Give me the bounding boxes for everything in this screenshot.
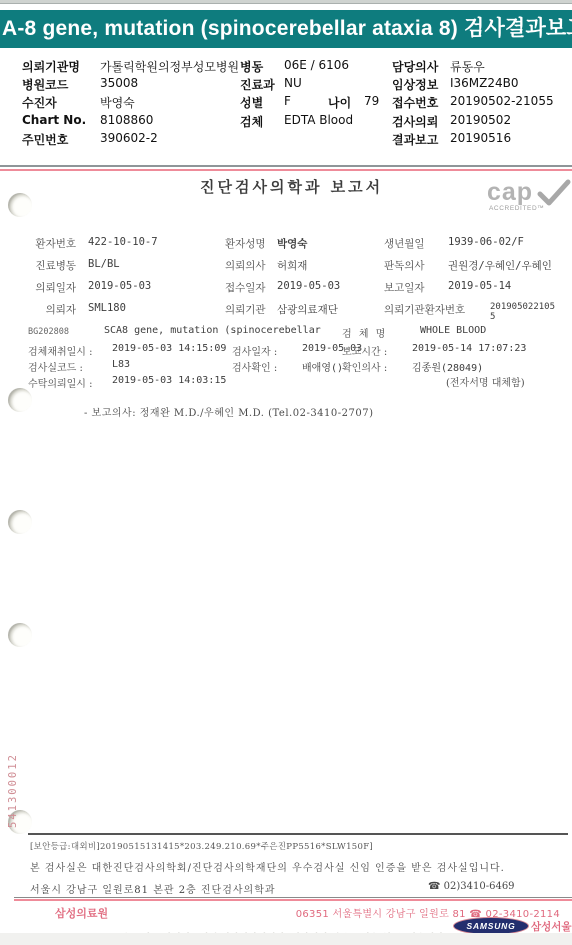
- test-code: BG202808: [28, 327, 69, 337]
- field-label: 나이: [328, 94, 364, 111]
- field-label: 확인의사 :: [342, 359, 387, 374]
- field-label: 수진자: [22, 94, 100, 111]
- field-label: 진료병동: [14, 258, 76, 273]
- field-value: 김종원(28049): [412, 359, 483, 374]
- field-label: 검체채취일시 :: [28, 343, 93, 358]
- security-classification-line: [보안등급:대외비]20190515131415*203.249.210.69*…: [30, 840, 373, 852]
- field-label: 결과보고: [392, 131, 450, 148]
- divider-line-pink: [0, 169, 572, 171]
- order-info-row: 의뢰기관명가톨릭학원의정부성모병원병동06E / 6106담당의사류동우: [22, 58, 485, 74]
- punch-hole: [8, 193, 32, 217]
- medical-center-address: 06351 서울특별시 강남구 일원로 81 ☎ 02-3410-2114: [260, 905, 560, 920]
- field-value: BL/BL: [88, 258, 218, 270]
- divider-line: [0, 165, 572, 167]
- order-info-row: 주민번호390602-2결과보고20190516: [22, 131, 511, 147]
- field-value: 79: [364, 94, 392, 108]
- field-value: 박영숙: [100, 94, 240, 111]
- field-value: 허희재: [277, 258, 377, 273]
- field-value: 권원경/우혜인/우혜인: [448, 258, 552, 273]
- field-value: NU: [284, 76, 392, 90]
- esign-note: (전자서명 대체함): [446, 374, 525, 389]
- field-label: 환자성명: [225, 236, 277, 251]
- punch-hole: [8, 623, 32, 647]
- field-label: Chart No.: [22, 113, 100, 127]
- order-info-row: 병원코드35008진료과NU임상정보I36MZ24B0: [22, 76, 519, 92]
- order-info-row: 수진자박영숙성별F나이79접수번호20190502-21055: [22, 94, 554, 110]
- field-value: I36MZ24B0: [450, 76, 519, 90]
- field-label: 검 체 명: [342, 325, 387, 340]
- checkmark-icon: [537, 179, 571, 207]
- field-value: 2019-05-03: [277, 280, 377, 292]
- lab-accreditation-line: 본 검사실은 대한진단검사의학회/진단검사의학재단의 우수검사실 신임 인증을 …: [30, 859, 505, 874]
- patient-info-row: 의뢰자SML180의뢰기관삼광의료재단의뢰기관환자번호2019050221055: [0, 302, 572, 322]
- field-value: 20190516: [450, 131, 511, 145]
- field-label: 보고일자: [384, 280, 448, 295]
- footer-rule-pink: [14, 899, 572, 901]
- field-value: 06E / 6106: [284, 58, 392, 72]
- field-label: 의뢰의사: [225, 258, 277, 273]
- field-value: 가톨릭학원의정부성모병원: [100, 58, 240, 75]
- field-value: 2019-05-14 17:07:23: [412, 343, 526, 354]
- field-value: 류동우: [450, 58, 485, 75]
- field-label: 보고시간 :: [342, 343, 387, 358]
- field-label: 담당의사: [392, 58, 450, 75]
- scan-edge-strip: [0, 0, 572, 4]
- field-label: 검사확인 :: [232, 359, 277, 374]
- medical-center-name: 삼성의료원: [55, 905, 108, 921]
- report-banner-title: A-8 gene, mutation (spinocerebellar atax…: [0, 10, 572, 48]
- field-label: 검사의뢰: [392, 113, 450, 130]
- field-value: 8108860: [100, 113, 240, 127]
- field-label: 주민번호: [22, 131, 100, 148]
- field-label: 생년월일: [384, 236, 448, 251]
- field-value: 삼광의료재단: [277, 302, 377, 317]
- patient-name: 박영숙: [277, 236, 377, 251]
- field-label: 의뢰기관명: [22, 58, 100, 75]
- cap-logo-text: cap: [487, 178, 533, 206]
- cap-accredited-logo: cap ACCREDITED™: [487, 181, 569, 212]
- field-label: 의뢰기관환자번호: [384, 302, 490, 317]
- footer-divider-line: [28, 833, 568, 835]
- field-value: 20190502: [450, 113, 511, 127]
- field-value: 2019-05-14: [448, 280, 511, 292]
- field-label: 병동: [240, 58, 284, 75]
- field-value: EDTA Blood: [284, 113, 392, 127]
- field-label: 의뢰기관: [225, 302, 277, 317]
- field-label: 의뢰일자: [14, 280, 76, 295]
- field-label: 수탁의뢰일시 :: [28, 375, 93, 390]
- field-label: 검체: [240, 113, 284, 130]
- field-label: 성별: [240, 94, 284, 111]
- punch-hole: [8, 510, 32, 534]
- field-label: 접수일자: [225, 280, 277, 295]
- field-value: 422-10-10-7: [88, 236, 218, 248]
- field-value: 2019-05-03 14:03:15: [112, 375, 226, 386]
- specimen-number-vertical: 541300012: [7, 742, 19, 828]
- patient-info-row: 환자번호422-10-10-7환자성명박영숙생년월일1939-06-02/F: [0, 236, 572, 251]
- field-value: L83: [112, 359, 130, 370]
- field-value: 2019-05-03 14:15:09: [112, 343, 226, 354]
- scan-edge-strip-bottom: [0, 933, 572, 945]
- patient-info-row: 진료병동BL/BL의뢰의사허희재판독의사권원경/우혜인/우혜인: [0, 258, 572, 273]
- field-label: 검사실코드 :: [28, 359, 83, 374]
- report-title: 진단검사의학과 보고서: [200, 176, 383, 197]
- field-label: 환자번호: [14, 236, 76, 251]
- test-name: SCA8 gene, mutation (spinocerebellar: [104, 325, 321, 336]
- punch-hole: [8, 388, 32, 412]
- field-value: 20190502-21055: [450, 94, 554, 108]
- field-label: 병원코드: [22, 76, 100, 93]
- field-value: SML180: [88, 302, 218, 314]
- order-info-table: 의뢰기관명가톨릭학원의정부성모병원병동06E / 6106담당의사류동우 병원코…: [0, 56, 572, 160]
- field-value: 35008: [100, 76, 240, 90]
- field-value: 1939-06-02/F: [448, 236, 524, 248]
- field-label: 검사일자 :: [232, 343, 277, 358]
- field-label: 접수번호: [392, 94, 450, 111]
- department-address-line: 서울시 강남구 일원로81 본관 2층 진단검사의학과: [30, 881, 276, 896]
- specimen-type: WHOLE BLOOD: [420, 325, 486, 336]
- field-value: 배애영(): [302, 359, 343, 374]
- field-label: 의뢰자: [14, 302, 76, 317]
- patient-info-row: 의뢰일자2019-05-03접수일자2019-05-03보고일자2019-05-…: [0, 280, 572, 295]
- department-phone: ☎ 02)3410-6469: [428, 881, 515, 892]
- field-label: 진료과: [240, 76, 284, 93]
- field-label: 임상정보: [392, 76, 450, 93]
- report-doctor-line: - 보고의사: 정재완 M.D./우혜인 M.D. (Tel.02-3410-2…: [84, 404, 374, 419]
- field-label: 판독의사: [384, 258, 448, 273]
- order-info-row: Chart No.8108860검체EDTA Blood검사의뢰20190502: [22, 113, 511, 129]
- field-value: 390602-2: [100, 131, 240, 145]
- field-value: F: [284, 94, 328, 108]
- field-value: 2019-05-03: [88, 280, 218, 292]
- footer-rule-gray: [14, 897, 572, 898]
- field-value: 2019050221055: [490, 302, 558, 322]
